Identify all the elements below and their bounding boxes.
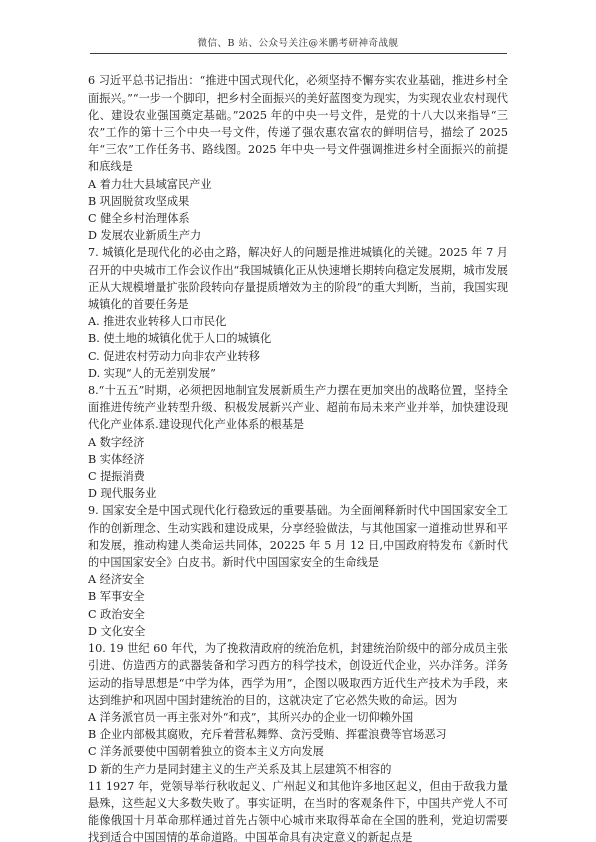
question-8-option-b: B 实体经济 xyxy=(88,451,508,468)
question-11-stem: 11 1927 年，党领导举行秋收起义、广州起义和其他许多地区起义，但由于敌我力… xyxy=(88,778,508,842)
question-7-option-d: D. 实现“人的无差别发展” xyxy=(88,365,508,382)
exam-page: 微信、B 站、公众号关注@米鹏考研神奇战舰 6 习近平总书记指出：“推进中国式现… xyxy=(0,0,596,842)
page-header: 微信、B 站、公众号关注@米鹏考研神奇战舰 xyxy=(0,38,596,54)
question-6-stem: 6 习近平总书记指出：“推进中国式现代化，必须坚持不懈夯实农业基础，推进乡村全面… xyxy=(88,72,508,175)
question-9-option-b: B 军事安全 xyxy=(88,588,508,605)
question-6-option-c: C 健全乡村治理体系 xyxy=(88,210,508,227)
question-9-option-a: A 经济安全 xyxy=(88,571,508,588)
question-6-option-b: B 巩固脱贫攻坚成果 xyxy=(88,193,508,210)
question-list: 6 习近平总书记指出：“推进中国式现代化，必须坚持不懈夯实农业基础，推进乡村全面… xyxy=(88,72,508,842)
question-10-option-a: A 洋务派官员一再主张对外“和戎”，其所兴办的企业一切仰赖外国 xyxy=(88,709,508,726)
question-7: 7. 城镇化是现代化的必由之路，解决好人的问题是推进城镇化的关键。2025 年 … xyxy=(88,244,508,382)
question-6-option-a: A 着力壮大县域富民产业 xyxy=(88,176,508,193)
question-6-option-d: D 发展农业新质生产力 xyxy=(88,227,508,244)
header-divider xyxy=(90,53,507,54)
question-9: 9. 国家安全是中国式现代化行稳致远的重要基础。为全面阐释新时代中国国家安全工作… xyxy=(88,502,508,640)
question-8-option-d: D 现代服务业 xyxy=(88,485,508,502)
question-9-option-d: D 文化安全 xyxy=(88,623,508,640)
question-10-stem: 10. 19 世纪 60 年代，为了挽救清政府的统治危机，封建统治阶级中的部分成… xyxy=(88,640,508,709)
question-9-option-c: C 政治安全 xyxy=(88,606,508,623)
question-6: 6 习近平总书记指出：“推进中国式现代化，必须坚持不懈夯实农业基础，推进乡村全面… xyxy=(88,72,508,244)
question-8: 8.“十五五”时期，必须把因地制宜发展新质生产力摆在更加突出的战略位置，坚持全面… xyxy=(88,382,508,502)
question-11: 11 1927 年，党领导举行秋收起义、广州起义和其他许多地区起义，但由于敌我力… xyxy=(88,778,508,842)
question-8-option-a: A 数字经济 xyxy=(88,434,508,451)
question-7-stem: 7. 城镇化是现代化的必由之路，解决好人的问题是推进城镇化的关键。2025 年 … xyxy=(88,244,508,313)
question-7-option-a: A. 推进农业转移人口市民化 xyxy=(88,313,508,330)
question-10-option-b: B 企业内部极其腐败，充斥着营私舞弊、贪污受贿、挥霍浪费等官场恶习 xyxy=(88,726,508,743)
question-7-option-c: C. 促进农村劳动力向非农产业转移 xyxy=(88,348,508,365)
question-8-option-c: C 提振消费 xyxy=(88,468,508,485)
header-banner-text: 微信、B 站、公众号关注@米鹏考研神奇战舰 xyxy=(0,38,596,50)
question-10-option-d: D 新的生产力是同封建主义的生产关系及其上层建筑不相容的 xyxy=(88,761,508,778)
question-10-option-c: C 洋务派要使中国朝着独立的资本主义方向发展 xyxy=(88,743,508,760)
question-9-stem: 9. 国家安全是中国式现代化行稳致远的重要基础。为全面阐释新时代中国国家安全工作… xyxy=(88,502,508,571)
question-8-stem: 8.“十五五”时期，必须把因地制宜发展新质生产力摆在更加突出的战略位置，坚持全面… xyxy=(88,382,508,434)
question-7-option-b: B. 使土地的城镇化优于人口的城镇化 xyxy=(88,330,508,347)
question-10: 10. 19 世纪 60 年代，为了挽救清政府的统治危机，封建统治阶级中的部分成… xyxy=(88,640,508,778)
